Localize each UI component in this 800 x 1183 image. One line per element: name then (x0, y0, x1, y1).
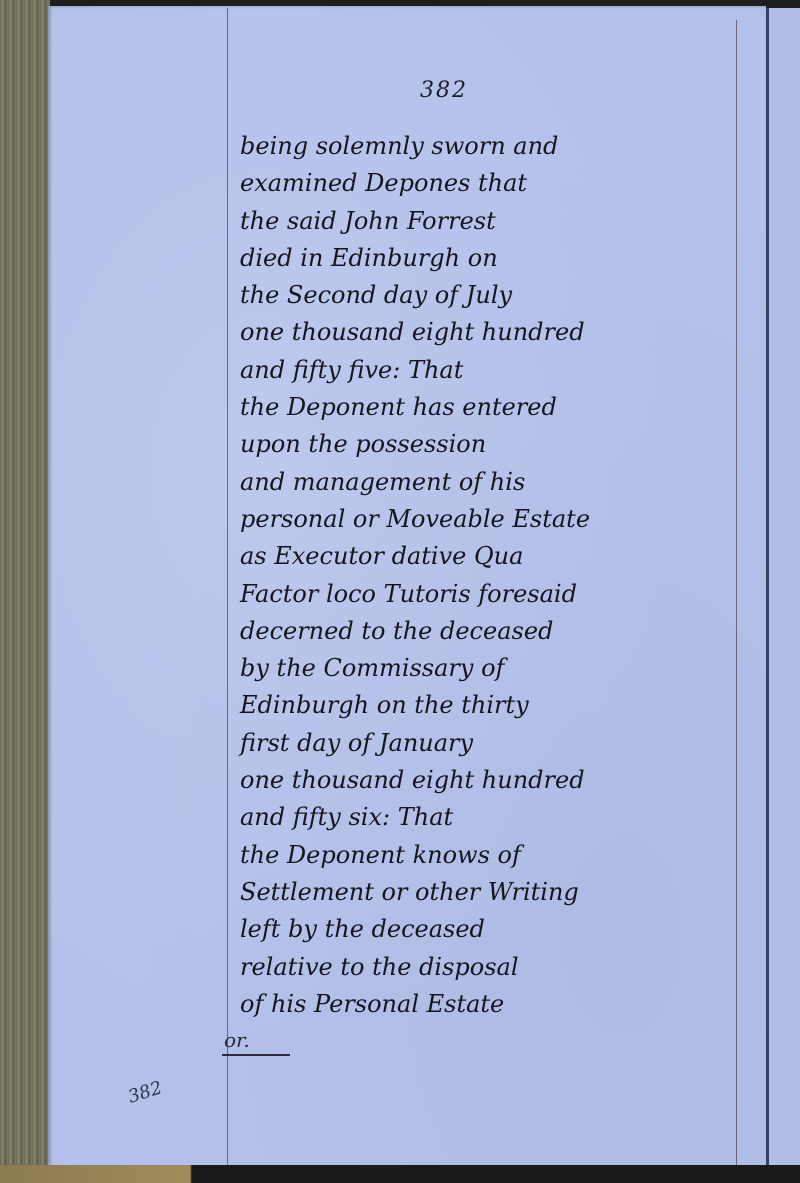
book-page-edges (0, 0, 50, 1183)
text-line: decerned to the deceased (240, 613, 735, 650)
text-line: as Executor dative Qua (240, 538, 735, 575)
page-right-fold (766, 8, 800, 1166)
text-line: left by the deceased (240, 911, 735, 948)
page-number: 382 (420, 78, 468, 103)
text-line: and management of his (240, 464, 735, 501)
text-line: the Deponent has entered (240, 389, 735, 426)
margin-rule-left (227, 8, 228, 1166)
text-line: and fifty six: That (240, 799, 735, 836)
text-line: the Second day of July (240, 277, 735, 314)
text-line: of his Personal Estate (240, 986, 735, 1023)
handwritten-entry: being solemnly sworn and examined Depone… (240, 128, 735, 1023)
text-line: being solemnly sworn and (240, 128, 735, 165)
text-line: died in Edinburgh on (240, 240, 735, 277)
text-line: personal or Moveable Estate (240, 501, 735, 538)
text-line: the said John Forrest (240, 203, 735, 240)
text-line: Settlement or other Writing (240, 874, 735, 911)
closing-mark: or. (222, 1028, 290, 1056)
text-line: relative to the disposal (240, 949, 735, 986)
text-line: Edinburgh on the thirty (240, 687, 735, 724)
text-line: by the Commissary of (240, 650, 735, 687)
book-bottom-edge (0, 1165, 800, 1183)
text-line: examined Depones that (240, 165, 735, 202)
text-line: one thousand eight hundred (240, 314, 735, 351)
text-line: one thousand eight hundred (240, 762, 735, 799)
text-line: the Deponent knows of (240, 837, 735, 874)
margin-rule-right (736, 20, 737, 1166)
text-line: Factor loco Tutoris foresaid (240, 576, 735, 613)
text-line: and fifty five: That (240, 352, 735, 389)
text-line: upon the possession (240, 426, 735, 463)
text-line: first day of January (240, 725, 735, 762)
